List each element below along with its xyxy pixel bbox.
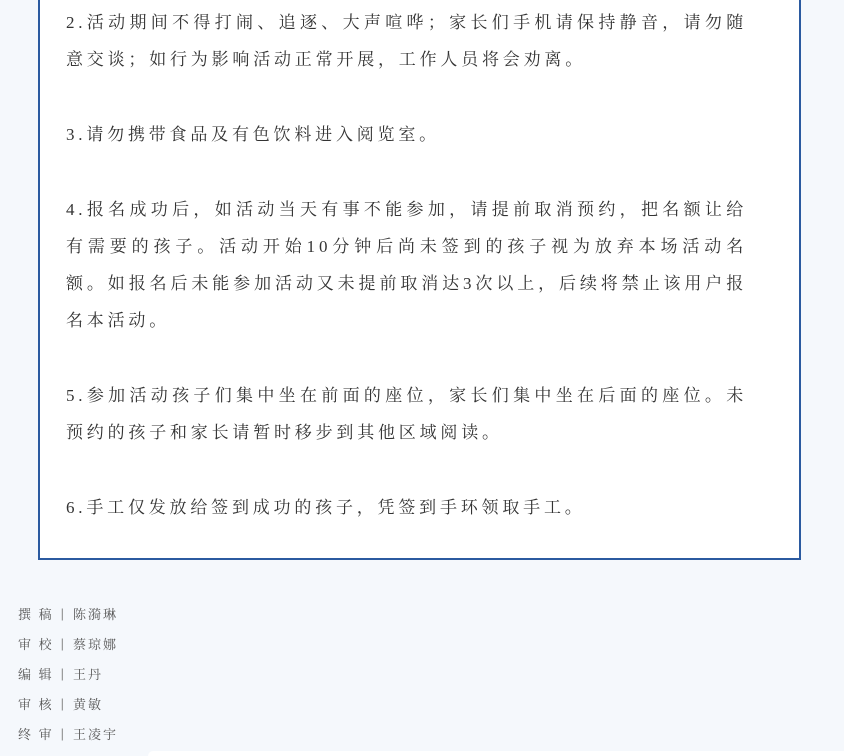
credit-row-proofreader: 审 校 | 蔡琼娜 — [18, 628, 118, 658]
credit-role: 编 辑 — [18, 664, 54, 683]
credit-role: 撰 稿 — [18, 604, 54, 623]
credit-name: 蔡琼娜 — [73, 634, 118, 653]
credit-role: 审 核 — [18, 694, 54, 713]
rule-paragraph-6: 6.手工仅发放给签到成功的孩子，凭签到手环领取手工。 — [66, 489, 747, 526]
rule-paragraph-5: 5.参加活动孩子们集中坐在前面的座位，家长们集中坐在后面的座位。未预约的孩子和家… — [66, 377, 747, 451]
rule-paragraph-3: 3.请勿携带食品及有色饮料进入阅览室。 — [66, 116, 747, 153]
credit-separator: | — [61, 666, 64, 681]
credit-name: 王凌宇 — [73, 724, 118, 743]
rules-card: 2.活动期间不得打闹、追逐、大声喧哗；家长们手机请保持静音，请勿随意交谈；如行为… — [38, 0, 801, 560]
credit-row-writer: 撰 稿 | 陈漪琳 — [18, 598, 118, 628]
rule-paragraph-4: 4.报名成功后，如活动当天有事不能参加，请提前取消预约，把名额让给有需要的孩子。… — [66, 191, 747, 339]
credit-separator: | — [61, 606, 64, 621]
credit-row-reviewer: 审 核 | 黄敏 — [18, 688, 118, 718]
credit-separator: | — [61, 696, 64, 711]
credit-name: 王丹 — [73, 664, 103, 683]
credit-row-final-reviewer: 终 审 | 王凌宇 — [18, 718, 118, 748]
rule-paragraph-2: 2.活动期间不得打闹、追逐、大声喧哗；家长们手机请保持静音，请勿随意交谈；如行为… — [66, 4, 747, 78]
credit-row-editor: 编 辑 | 王丹 — [18, 658, 118, 688]
credits-list: 撰 稿 | 陈漪琳 审 校 | 蔡琼娜 编 辑 | 王丹 审 核 | 黄敏 终 … — [18, 598, 118, 748]
page-background: { "page": { "background_color": "#f5f8fc… — [0, 0, 844, 756]
credit-separator: | — [61, 636, 64, 651]
credit-role: 审 校 — [18, 634, 54, 653]
next-card-top-edge — [148, 751, 844, 756]
credit-name: 陈漪琳 — [73, 604, 118, 623]
credit-name: 黄敏 — [73, 694, 103, 713]
credit-role: 终 审 — [18, 724, 54, 743]
credit-separator: | — [61, 726, 64, 741]
